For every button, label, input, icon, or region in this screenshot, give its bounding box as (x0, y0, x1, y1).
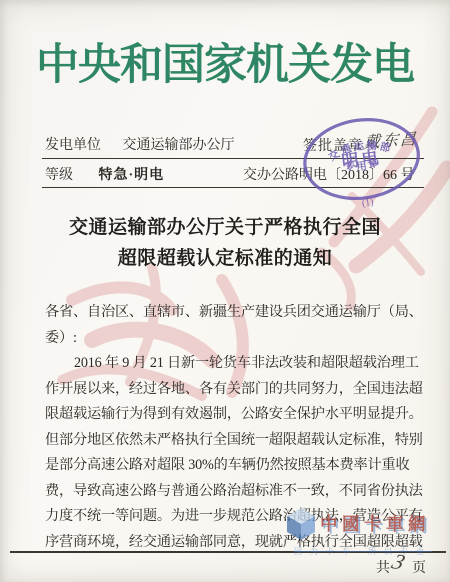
sender-value: 交通运输部办公厅 (123, 138, 235, 153)
page-count: 共 3 页 (360, 549, 440, 579)
body-line: 是部分高速公路对超限 30%的车辆仍然按照基本费率计重收 (45, 453, 423, 479)
grade-row: 等级 特急·明电 (45, 164, 164, 184)
telegram-document: 中央和国家机关发电 发电单位 交通运输部办公厅 签批盖章 戴东昌 等级 特急·明… (0, 0, 450, 582)
body-line: 2016 年 9 月 21 日新一轮货车非法改装和超限超载治理工 (45, 351, 423, 377)
stamp-number: (1) (361, 197, 374, 210)
body-line: 作开展以来，经过各地、各有关部门的共同努力，全国违法超 (45, 377, 423, 403)
body-line: 各省、自治区、直辖市、新疆生产建设兵团交通运输厅（局、 (45, 300, 423, 326)
page-count-suffix: 页 (412, 557, 426, 577)
body-line: 委）: (45, 326, 423, 352)
notice-title: 交通运输部办公厅关于严格执行全国 超限超载认定标准的通知 (0, 212, 450, 274)
page-count-prefix: 共 (376, 557, 390, 577)
grade-value: 特急·明电 (99, 168, 165, 183)
letterhead-title: 中央和国家机关发电 (0, 40, 450, 92)
body-line: 限超载运输行为得到有效遏制，公路安全保护水平明显提升。 (45, 402, 423, 428)
body-line: 费，导致高速公路与普通公路治超标准不一致，不同省份执法 (45, 479, 423, 505)
official-stamp: 交通运输部 明电 专用章 (1) (290, 105, 434, 218)
page-count-number: 3 (388, 549, 408, 576)
brand-name-text: 中國卡車網 (320, 511, 430, 536)
notice-title-line-1: 交通运输部办公厅关于严格执行全国 (0, 212, 450, 243)
grade-label: 等级 (45, 168, 73, 183)
sender-label: 发电单位 (45, 138, 101, 153)
sender-row: 发电单位 交通运输部办公厅 (45, 134, 235, 154)
truck-logo-cube-icon (286, 507, 316, 541)
body-line: 但部分地区依然未严格执行全国统一超限超载认定标准，特别 (45, 428, 423, 454)
notice-title-line-2: 超限超载认定标准的通知 (0, 243, 450, 274)
